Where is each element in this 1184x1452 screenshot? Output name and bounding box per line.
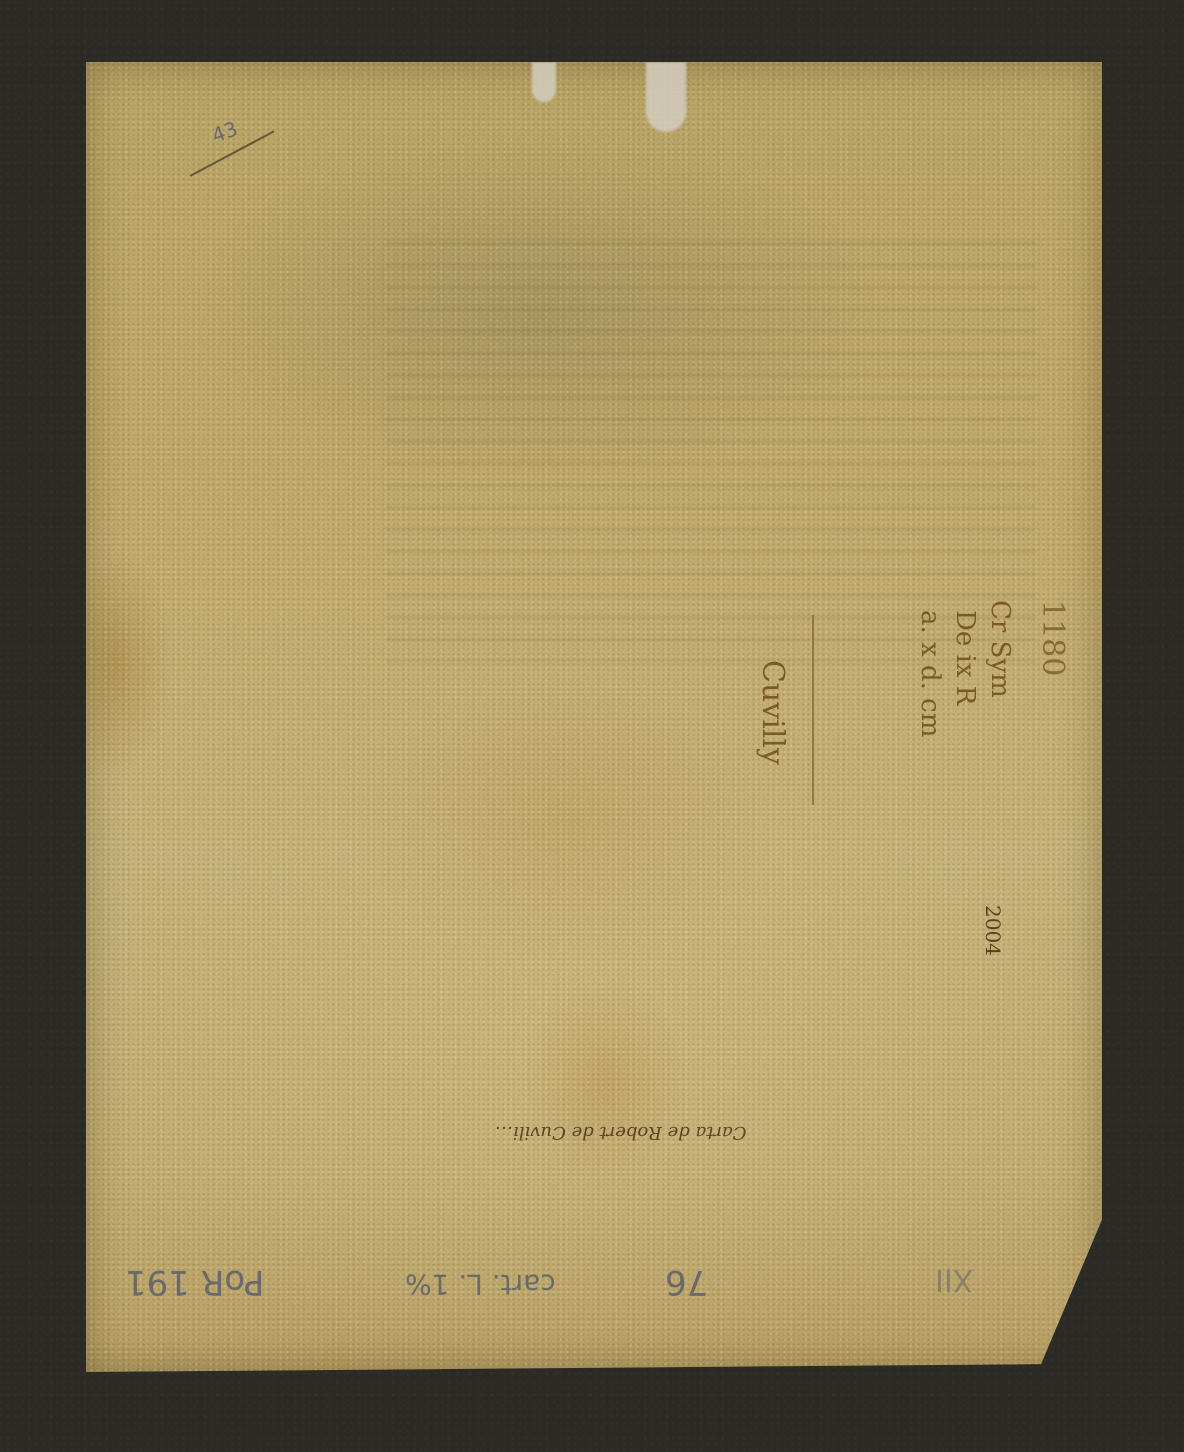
show-through-text [386,242,1036,662]
shelfmark-por: PoR 191 [125,1262,264,1302]
top-stain [646,62,686,132]
shelfmark-number: 76 [665,1262,708,1302]
parchment-sheet [86,62,1102,1372]
shelfmark-cart: cart. L. 1% [405,1268,556,1301]
dorsal-line-3: a. x d. cm [915,610,945,737]
rule-line [812,615,814,805]
shelfmark-roman: XII [935,1262,973,1297]
top-stain-small [532,62,556,102]
dorsal-line-2: De ix R [950,610,980,705]
year-annotation: 1180 [1035,600,1070,676]
endorsement-text: Carta de Robert de Cuvili… [495,1122,747,1143]
dorsal-line-1: Cr Sym [985,600,1015,698]
place-name-cuvilly: Cuvilly [755,660,790,765]
side-number: 2004 [981,905,1005,956]
